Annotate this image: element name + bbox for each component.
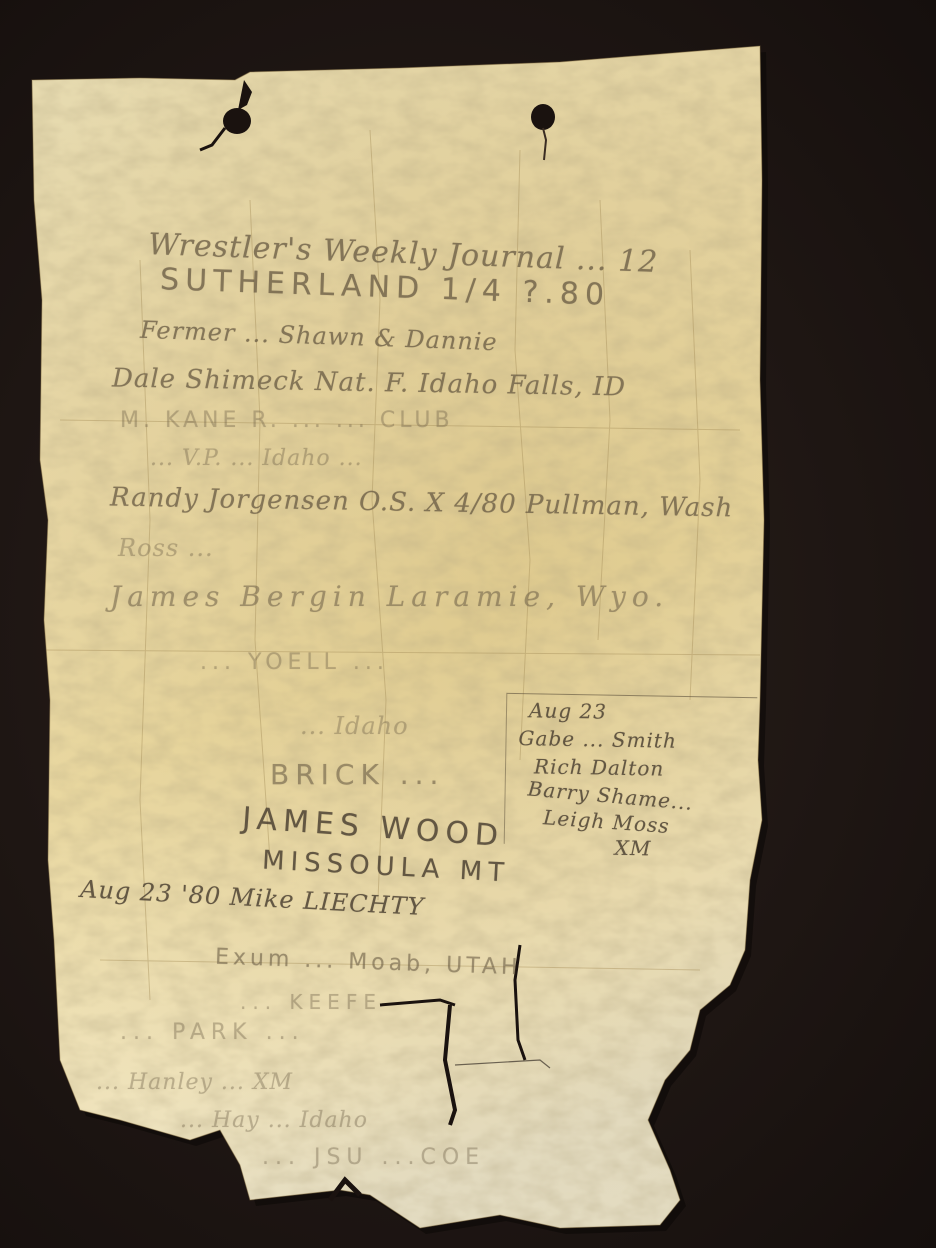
handwritten-line: ... PARK ... (120, 1020, 305, 1045)
handwritten-line: BRICK ... (270, 758, 444, 791)
handwritten-line: ... Hanley ... XM (96, 1070, 293, 1095)
note-line: XM (614, 836, 651, 861)
note-line: Aug 23 (529, 698, 607, 723)
handwritten-line: ... V.P. ... Idaho ... (150, 446, 363, 471)
boxed-note: Aug 23 Gabe ... Smith Rich Dalton Barry … (504, 693, 758, 848)
handwritten-line: James Bergin Laramie, Wyo. (110, 580, 669, 613)
handwritten-line: ... Hay ... Idaho (180, 1108, 368, 1133)
handwritten-line: Ross ... (118, 534, 214, 562)
handwritten-line: ... YOELL ... (200, 650, 389, 675)
handwritten-line: ... JSU ...COE (262, 1145, 485, 1170)
note-line: Rich Dalton (534, 754, 665, 780)
note-line: Gabe ... Smith (518, 726, 677, 753)
handwritten-line: ... KEEFE (240, 990, 382, 1014)
handwritten-line: M. KANE R. ... ... CLUB (120, 408, 454, 433)
paper-sheet (0, 0, 936, 1248)
photograph: Wrestler's Weekly Journal ... 12 SUTHERL… (0, 0, 936, 1248)
handwritten-line: ... Idaho (300, 712, 409, 740)
